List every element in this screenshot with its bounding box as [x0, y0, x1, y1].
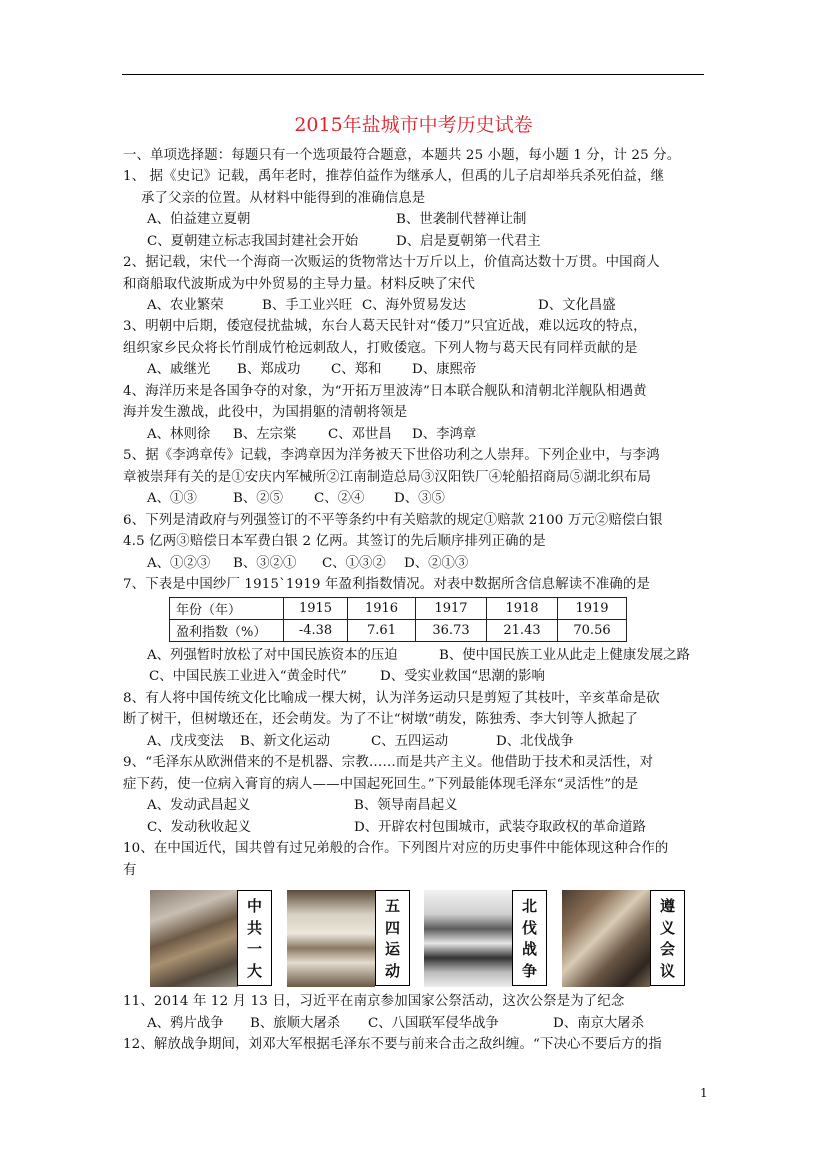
table-cell: 70.56	[558, 620, 627, 642]
question-text: 4、海洋历来是各国争夺的对象，为“开拓万里波涛”日本联合舰队和清朝北洋舰队相遇黄	[123, 383, 647, 401]
label-char: 大	[247, 960, 262, 981]
option-b: B、左宗棠	[233, 426, 296, 444]
label-char: 会	[660, 938, 675, 959]
option-c: C、八国联军侵华战争	[368, 1015, 499, 1033]
table-row: 年份（年） 1915 1916 1917 1918 1919	[170, 598, 627, 620]
question-text: 症下药，使一位病入膏肓的病人——中国起死回生。”下列最能体现毛泽东“灵活性”的是	[123, 776, 638, 794]
question-text: 组织家乡民众将长竹削成竹枪远刺敌人，打败倭寇。下列人物与葛天民有同样贡献的是	[123, 340, 638, 358]
table-cell: 1916	[348, 598, 416, 620]
table-cell: 7.61	[348, 620, 416, 642]
header-rule	[122, 74, 704, 75]
question-text: 6、下列是清政府与列强签订的不平等条约中有关赔款的规定①赔款 2100 万元②赔…	[123, 512, 663, 530]
option-c: C、五四运动	[371, 733, 448, 751]
question-text: 8、有人将中国传统文化比喻成一棵大树，认为洋务运动只是剪短了其枝叶，辛亥革命是砍	[123, 690, 660, 708]
profit-index-table: 年份（年） 1915 1916 1917 1918 1919 盈利指数（%） -…	[169, 597, 627, 642]
label-char: 义	[660, 917, 675, 938]
option-b: B、③②①	[233, 555, 296, 573]
option-c: C、②④	[314, 490, 364, 508]
option-a: A、①②③	[147, 555, 210, 573]
option-d: D、文化昌盛	[538, 297, 616, 315]
option-a: A、列强暂时放松了对中国民族资本的压迫	[147, 647, 398, 665]
question-text: 7、下表是中国纱厂 1915ˋ1919 年盈利指数情况。对表中数据所含信息解读不…	[123, 576, 650, 594]
table-cell: 1918	[487, 598, 558, 620]
option-d: D、②①③	[404, 555, 468, 573]
option-b: B、使中国民族工业从此走上健康发展之路	[439, 647, 690, 665]
label-char: 北	[522, 895, 537, 916]
option-c: C、中国民族工业进入“黄金时代”	[149, 668, 347, 686]
label-char: 争	[522, 960, 537, 981]
label-char: 议	[660, 960, 675, 981]
option-a: A、鸦片战争	[147, 1015, 224, 1033]
label-char: 中	[247, 895, 262, 916]
question-text: 有	[123, 862, 137, 880]
page-number: 1	[700, 1086, 708, 1100]
question-text: 2、据记载，宋代一个海商一次贩运的货物常达十万斤以上，价值高达数十万贯。中国商人	[123, 254, 660, 272]
option-d: D、③⑤	[394, 490, 445, 508]
option-d: D、康熙帝	[412, 361, 476, 379]
option-c: C、郑和	[331, 361, 381, 379]
section-header: 一、单项选择题：每题只有一个选项最符合题意，本题共 25 小题，每小题 1 分，…	[123, 147, 680, 165]
table-header-cell: 盈利指数（%）	[170, 620, 284, 642]
option-a: A、①③	[147, 490, 197, 508]
question-text: 海并发生激战，此役中，为国捐躯的清朝将领是	[123, 404, 407, 422]
question-text: 12、解放战争期间，刘邓大军根据毛泽东不要与前来合击之敌纠缠。“下决心不要后方的…	[123, 1036, 662, 1054]
picture-label-box: 中 共 一 大	[237, 890, 272, 986]
page-title: 2015年盐城市中考历史试卷	[0, 110, 827, 137]
picture-may-fourth-movement	[287, 890, 375, 987]
option-a: A、农业繁荣	[147, 297, 224, 315]
option-b: B、世袭制代替禅让制	[396, 211, 526, 229]
table-cell: -4.38	[284, 620, 348, 642]
question-text: 11、2014 年 12 月 13 日，习近平在南京参加国家公祭活动，这次公祭是…	[123, 993, 624, 1011]
picture-first-cpc-congress	[150, 890, 238, 987]
question-text: 10、在中国近代，国共曾有过兄弟般的合作。下列图片对应的历史事件中能体现这种合作…	[123, 840, 668, 858]
question-text: 1、 据《史记》记载，禹年老时，推荐伯益作为继承人，但禹的儿子启却举兵杀死伯益，…	[123, 168, 664, 186]
table-row: 盈利指数（%） -4.38 7.61 36.73 21.43 70.56	[170, 620, 627, 642]
option-a: A、发动武昌起义	[147, 797, 250, 815]
question-text: 5、据《李鸿章传》记载，李鸿章因为洋务被天下世俗功利之人崇拜。下列企业中，与李鸿	[123, 447, 660, 465]
picture-label-box: 五 四 运 动	[375, 890, 410, 986]
question-text: 9、“毛泽东从欧洲借来的不是机器、宗教……而是共产主义。他借助于技术和灵活性，对	[123, 754, 653, 772]
option-a: A、林则徐	[147, 426, 210, 444]
label-char: 运	[385, 938, 400, 959]
option-d: D、南京大屠杀	[553, 1015, 644, 1033]
label-char: 一	[247, 938, 262, 959]
picture-label-box: 北 伐 战 争	[512, 890, 547, 986]
option-c: C、夏朝建立标志我国封建社会开始	[147, 233, 358, 251]
label-char: 动	[385, 960, 400, 981]
question-text: 章被崇拜有关的是①安庆内军械所②江南制造总局③汉阳铁厂④轮船招商局⑤湖北织布局	[123, 469, 651, 487]
option-d: D、李鸿章	[412, 426, 476, 444]
option-d: D、受实业救国“思潮的影响	[380, 668, 545, 686]
label-char: 伐	[522, 917, 537, 938]
option-c: C、发动秋收起义	[147, 819, 251, 837]
picture-zunyi-conference	[562, 890, 650, 987]
label-char: 五	[385, 895, 400, 916]
label-char: 四	[385, 917, 400, 938]
question-text: 3、明朝中后期，倭寇侵扰盐城，东台人葛天民针对“倭刀”只宜近战，难以远攻的特点，	[123, 318, 647, 336]
picture-label-box: 遵 义 会 议	[650, 890, 685, 986]
question-text: 断了树干，但树墩还在，还会萌发。为了不让“树墩“萌发，陈独秀、李大钊等人掀起了	[123, 711, 638, 729]
option-b: B、②⑤	[233, 490, 283, 508]
table-cell: 36.73	[416, 620, 487, 642]
label-char: 遵	[660, 895, 675, 916]
option-a: A、戊戌变法	[147, 733, 224, 751]
option-c: C、邓世昌	[328, 426, 392, 444]
label-char: 战	[522, 938, 537, 959]
option-a: A、伯益建立夏朝	[147, 211, 250, 229]
option-d: D、启是夏朝第一代君主	[396, 233, 541, 251]
label-char: 共	[247, 917, 262, 938]
table-cell: 1915	[284, 598, 348, 620]
option-b: B、郑成功	[237, 361, 300, 379]
option-c: C、海外贸易发达	[362, 297, 466, 315]
table-cell: 1917	[416, 598, 487, 620]
table-cell: 21.43	[487, 620, 558, 642]
question-text: 承了父亲的位置。从材料中能得到的准确信息是	[141, 190, 425, 208]
table-header-cell: 年份（年）	[170, 598, 284, 620]
option-b: B、手工业兴旺	[262, 297, 352, 315]
picture-northern-expedition	[424, 890, 512, 987]
option-d: D、开辟农村包围城市，武装夺取政权的革命道路	[354, 819, 646, 837]
question-text: 和商船取代波斯成为中外贸易的主导力量。材料反映了宋代	[123, 276, 475, 294]
option-b: B、领导南昌起义	[354, 797, 458, 815]
option-c: C、①③②	[322, 555, 386, 573]
option-b: B、新文化运动	[240, 733, 330, 751]
option-b: B、旅顺大屠杀	[250, 1015, 340, 1033]
table-cell: 1919	[558, 598, 627, 620]
question-text: 4.5 亿两③赔偿日本军费白银 2 亿两。其签订的先后顺序排列正确的是	[123, 533, 546, 551]
option-d: D、北伐战争	[496, 733, 574, 751]
option-a: A、戚继光	[147, 361, 210, 379]
